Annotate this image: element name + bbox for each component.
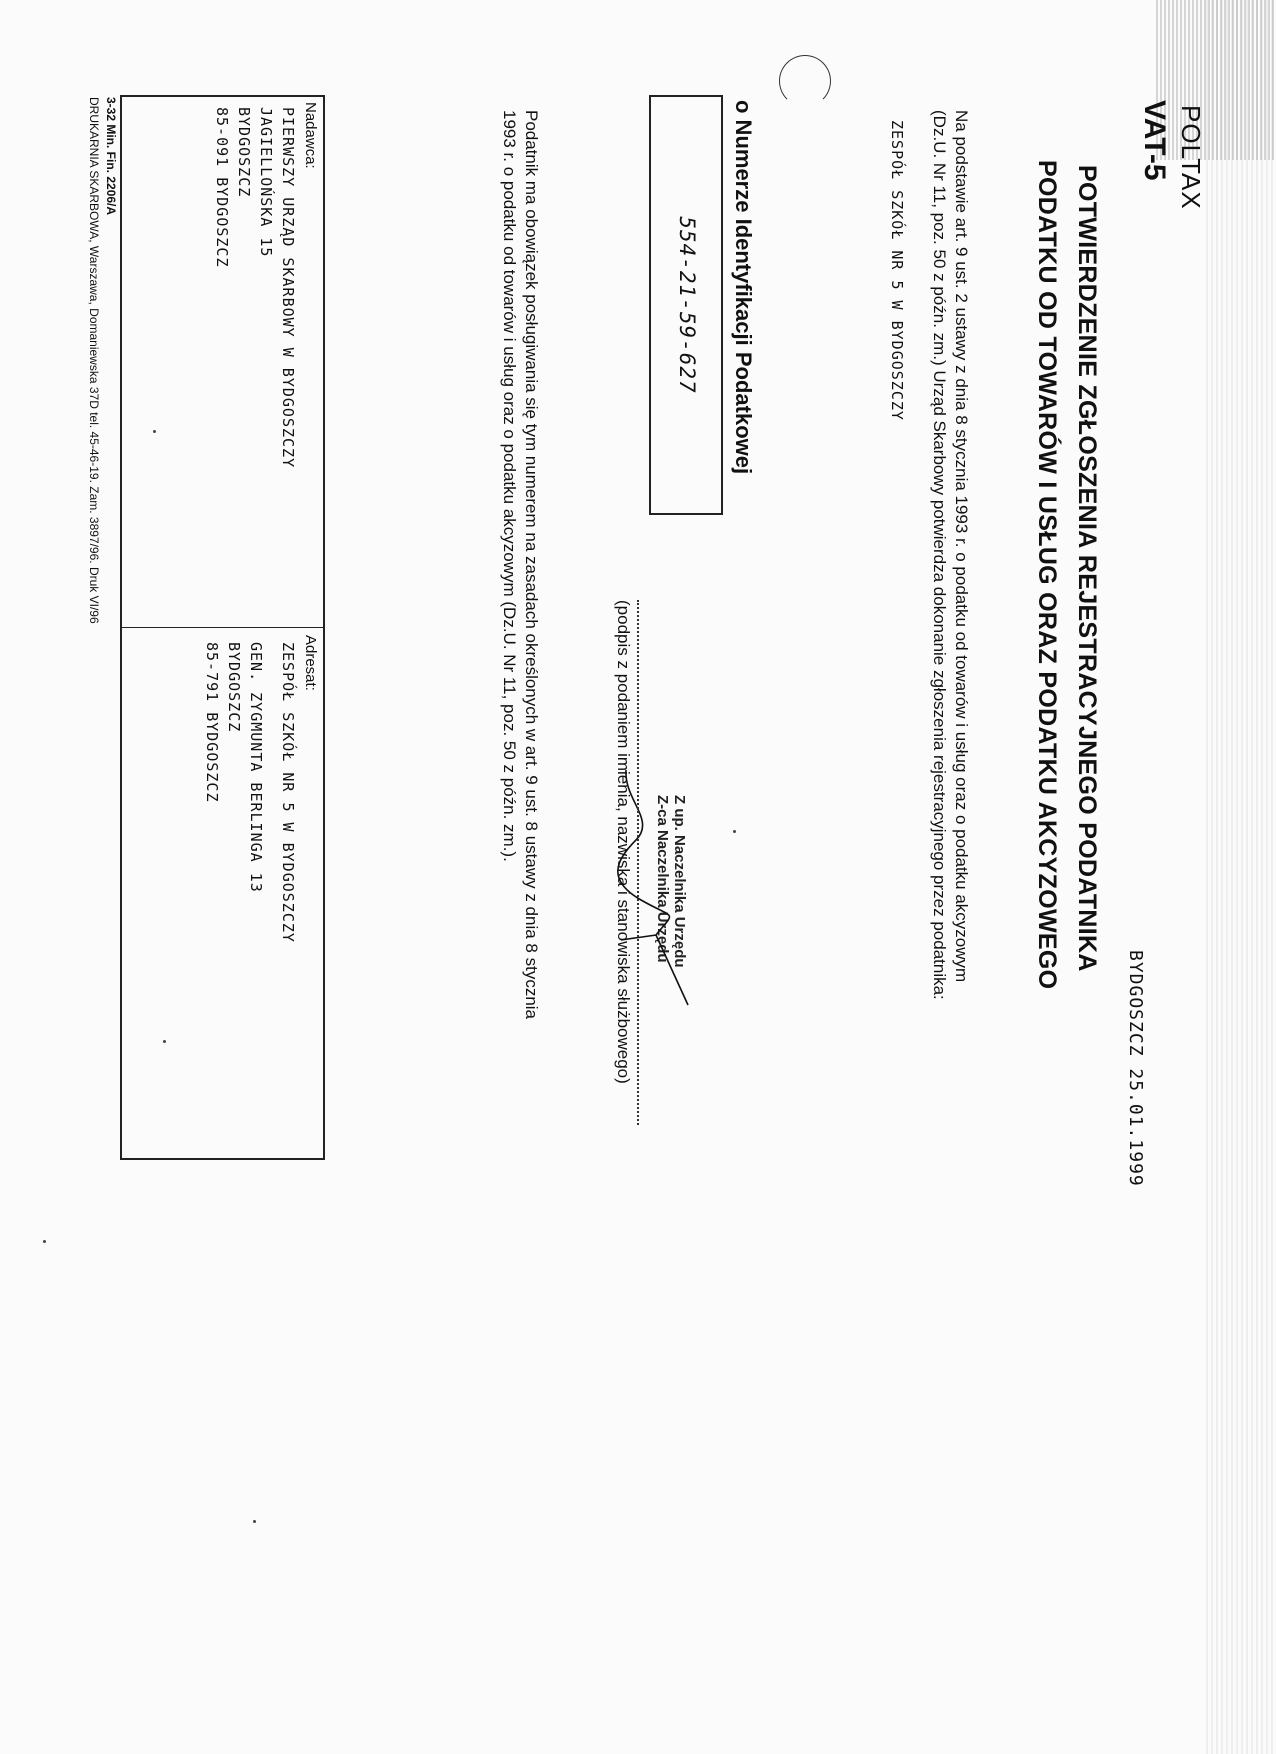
scan-noise-corner [1156, 0, 1276, 160]
punch-hole-mark [779, 55, 831, 107]
nip-heading: o Numerze Identyfikacji Podatkowej [730, 100, 756, 474]
scanned-document-page: POLTAX VAT-5 BYDGOSZCZ 25.01.1999 POTWIE… [0, 0, 1276, 1754]
recipient-line: 85-791 BYDGOSZCZ [203, 642, 221, 803]
sender-line: 85-091 BYDGOSZCZ [213, 107, 231, 268]
document-title-line2: PODATKU OD TOWARÓW I USŁUG ORAZ PODATKU … [1032, 160, 1061, 989]
obligation-text-line1: Podatnik ma obowiązek posługiwania się t… [521, 110, 541, 1019]
intro-text-line2: (Dz.U. Nr 11, poz. 50 z późn. zm.) Urząd… [929, 110, 949, 1000]
system-label: POLTAX [1175, 105, 1206, 210]
recipient-label: Adresat: [302, 635, 319, 691]
scan-speck [163, 1040, 166, 1043]
place-date: BYDGOSZCZ 25.01.1999 [1125, 950, 1146, 1187]
nip-value: 554-21-59-627 [675, 97, 699, 513]
recipient-line: BYDGOSZCZ [225, 642, 243, 732]
signature-dotted-line [637, 600, 639, 1125]
obligation-text-line2: 1993 r. o podatku od towarów i usług ora… [499, 110, 519, 862]
scan-noise-band [1206, 0, 1276, 1754]
recipient-line: GEN. ZYGMUNTA BERLINGA 13 [247, 642, 265, 893]
sender-line: BYDGOSZCZ [235, 107, 253, 197]
scan-speck [153, 430, 156, 433]
sender-label: Nadawca: [302, 102, 319, 169]
scan-speck [733, 830, 736, 833]
intro-text-line1: Na podstawie art. 9 ust. 2 ustawy z dnia… [951, 110, 971, 982]
taxpayer-name: ZESPÓŁ SZKÓŁ NR 5 W BYDGOSZCZY [888, 120, 906, 421]
form-code: 3-32 Min. Fin. 2206/A [104, 97, 118, 215]
signature-caption: (podpis z podaniem imienia, nazwiska i s… [613, 600, 633, 1084]
printer-info: DRUKARNIA SKARBOWA, Warszawa, Domaniewsk… [87, 97, 101, 624]
nip-box: 554-21-59-627 [649, 95, 723, 515]
address-divider [122, 627, 323, 628]
address-box: Nadawca: PIERWSZY URZĄD SKARBOWY W BYDGO… [120, 95, 325, 1160]
form-id: VAT-5 [1137, 100, 1171, 181]
sender-line: JAGIELLOŃSKA 15 [257, 107, 275, 257]
document-title-line1: POTWIERDZENIE ZGŁOSZENIA REJESTRACYJNEGO… [1072, 165, 1101, 972]
sender-line: PIERWSZY URZĄD SKARBOWY W BYDGOSZCZY [279, 107, 297, 468]
scan-speck [43, 1240, 46, 1243]
recipient-line: ZESPÓŁ SZKÓŁ NR 5 W BYDGOSZCZY [279, 642, 297, 943]
scan-speck [253, 1520, 256, 1523]
